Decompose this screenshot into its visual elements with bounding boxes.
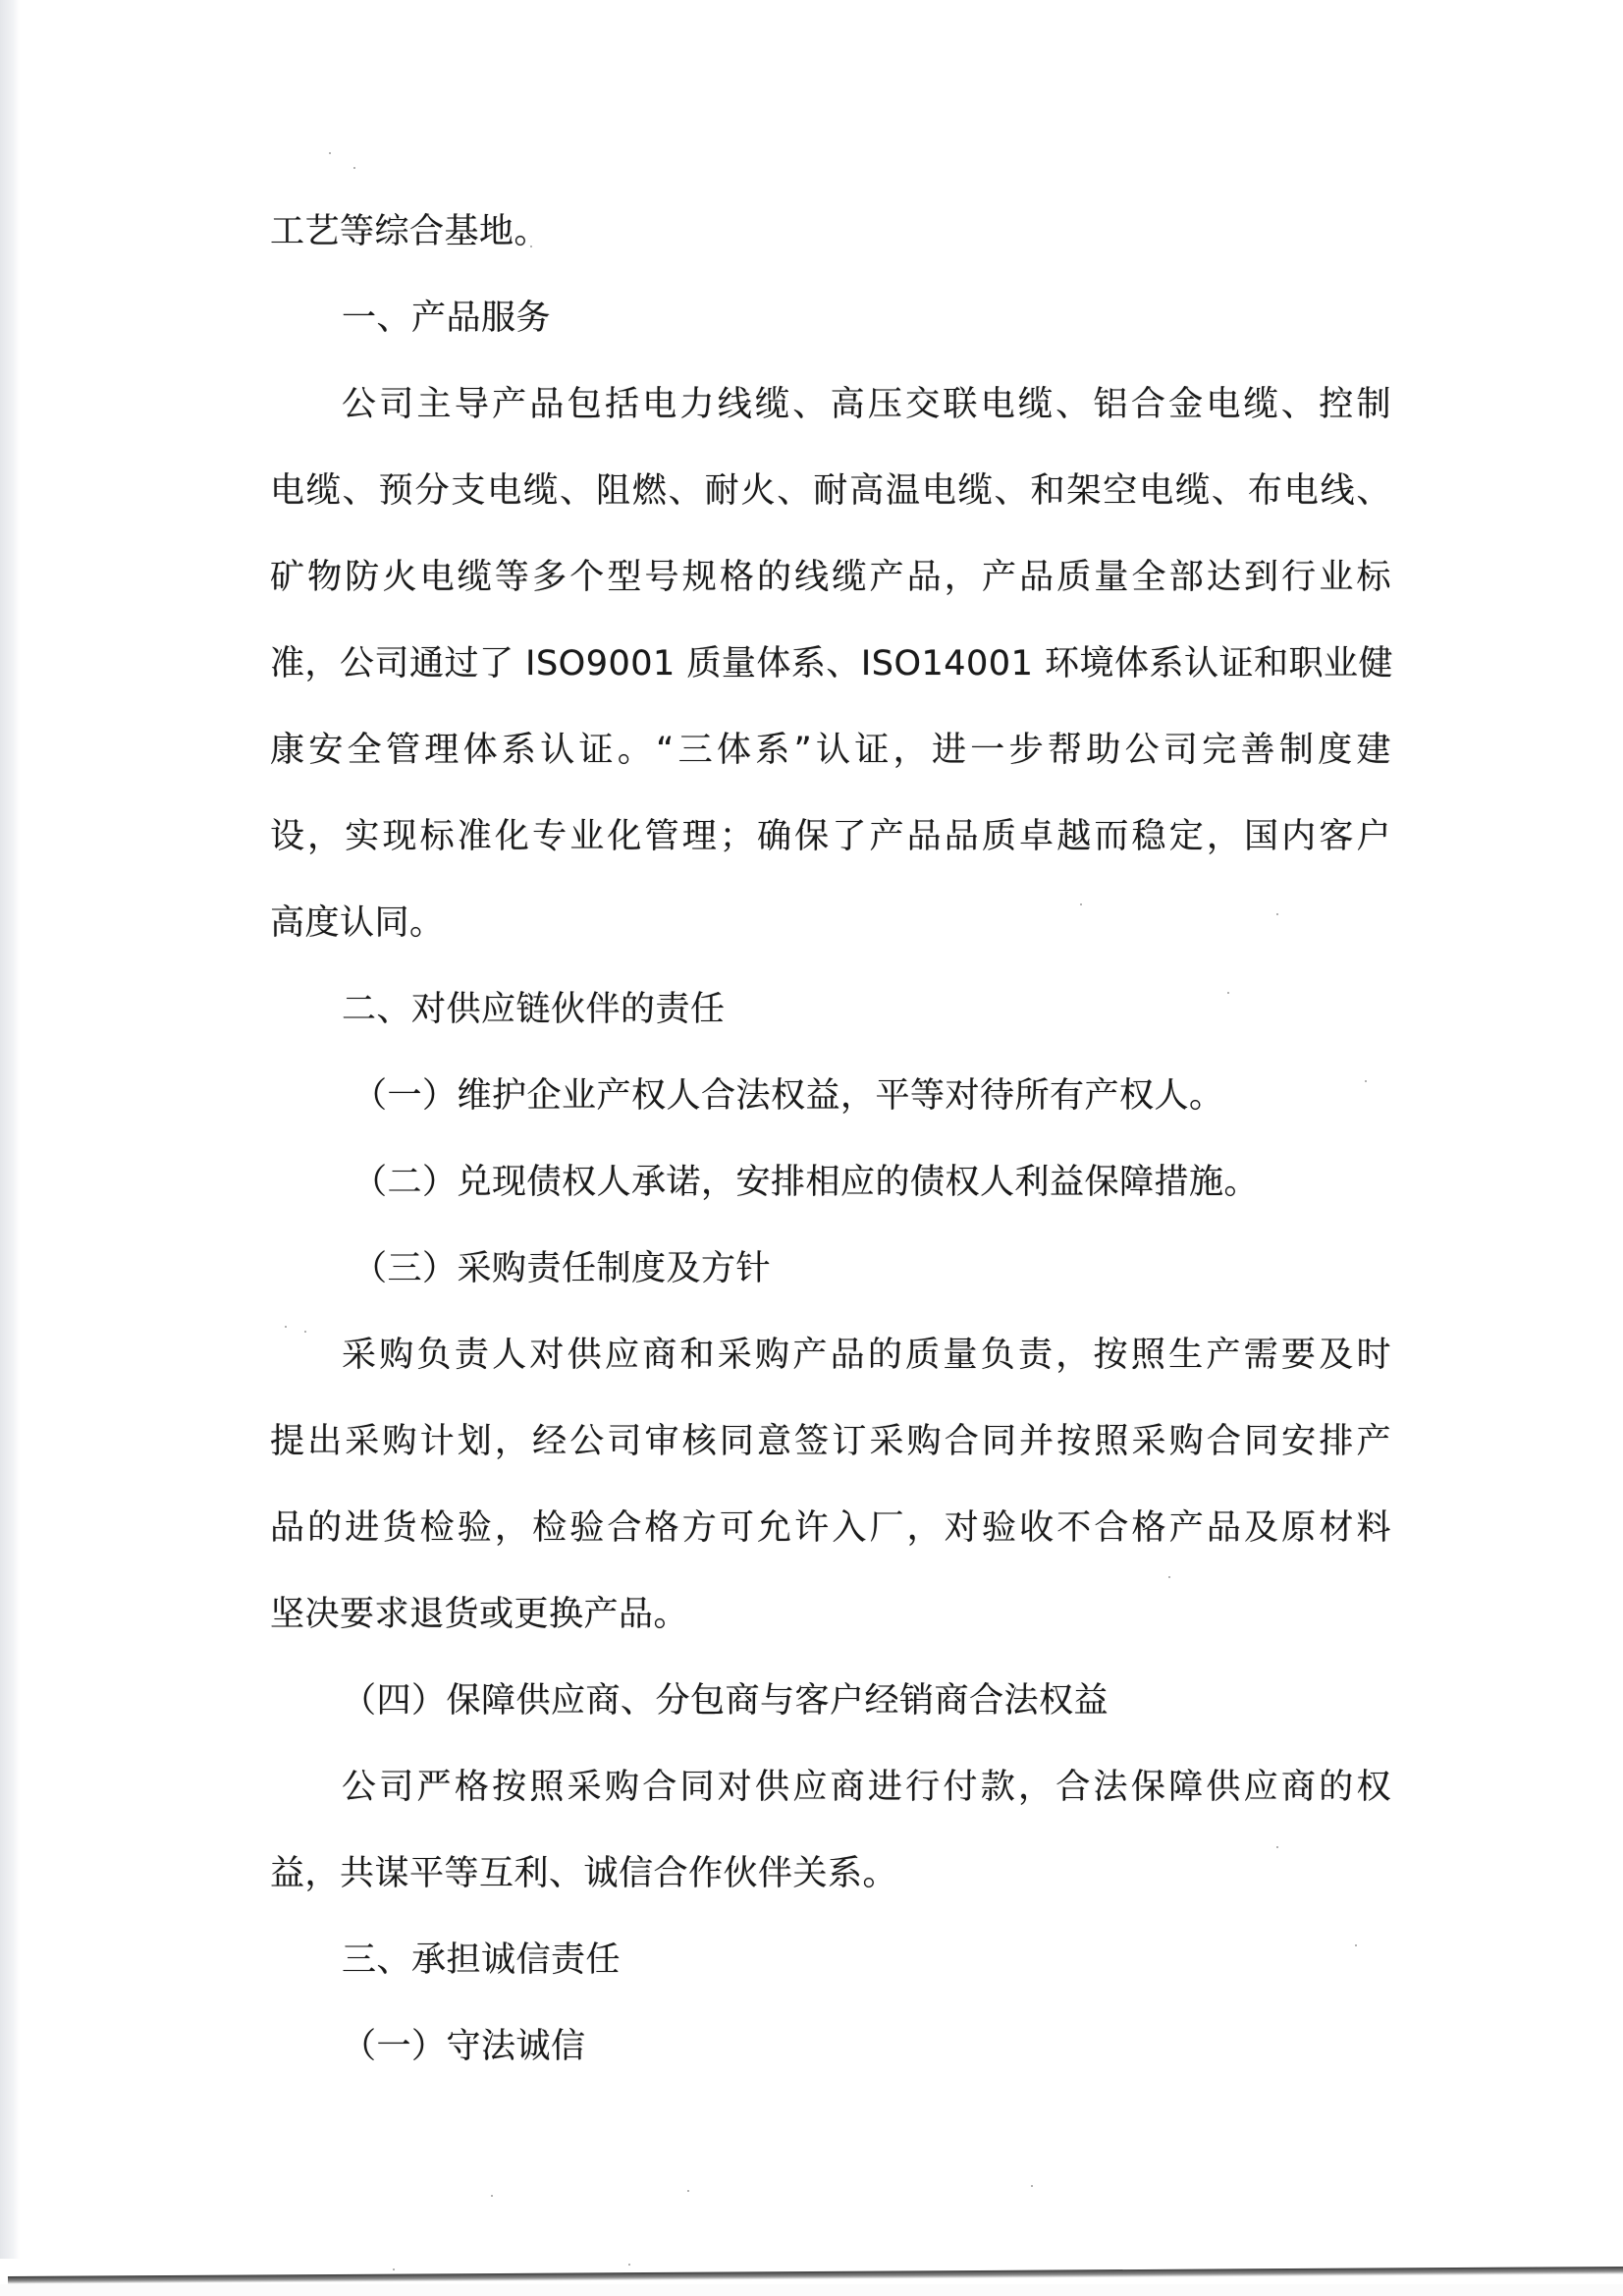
section-heading-supply-chain: 二、对供应链伙伴的责任 xyxy=(270,966,1391,1053)
paragraph-line: 益，共谋平等互利、诚信合作伙伴关系。 xyxy=(270,1831,1391,1917)
scan-bottom-edge xyxy=(8,2267,1623,2284)
paragraph-line: 提出采购计划，经公司审核同意签订采购合同并按照采购合同安排产 xyxy=(270,1398,1391,1485)
paragraph-line: 公司主导产品包括电力线缆、高压交联电缆、铝合金电缆、控制 xyxy=(270,361,1391,448)
paragraph-line: 品的进货检验，检验合格方可允许入厂，对验收不合格产品及原材料 xyxy=(270,1485,1391,1571)
scan-edge-shadow xyxy=(0,0,20,2259)
subsection-heading: （二）兑现债权人承诺，安排相应的债权人利益保障措施。 xyxy=(270,1139,1391,1226)
paragraph-line: 采购负责人对供应商和采购产品的质量负责，按照生产需要及时 xyxy=(270,1312,1391,1398)
document-page: 工艺等综合基地。 一、产品服务 公司主导产品包括电力线缆、高压交联电缆、铝合金电… xyxy=(270,189,1391,2090)
paragraph-line: 高度认同。 xyxy=(270,880,1391,966)
scan-background xyxy=(0,2284,1623,2296)
section-heading-product-service: 一、产品服务 xyxy=(270,275,1391,361)
paragraph-line: 康安全管理体系认证。“三体系”认证，进一步帮助公司完善制度建 xyxy=(270,707,1391,793)
paragraph-line: 设，实现标准化专业化管理；确保了产品品质卓越而稳定，国内客户 xyxy=(270,793,1391,880)
paragraph-line: 矿物防火电缆等多个型号规格的线缆产品，产品质量全部达到行业标 xyxy=(270,534,1391,621)
paragraph-line: 公司严格按照采购合同对供应商进行付款，合法保障供应商的权 xyxy=(270,1744,1391,1831)
section-heading-integrity: 三、承担诚信责任 xyxy=(270,1917,1391,2003)
subsection-heading-supplier-rights: （四）保障供应商、分包商与客户经销商合法权益 xyxy=(270,1658,1391,1744)
subsection-heading: （一）维护企业产权人合法权益，平等对待所有产权人。 xyxy=(270,1053,1391,1139)
paragraph-line: 坚决要求退货或更换产品。 xyxy=(270,1571,1391,1658)
subsection-heading-procurement: （三）采购责任制度及方针 xyxy=(270,1226,1391,1312)
paragraph-line: 电缆、预分支电缆、阻燃、耐火、耐高温电缆、和架空电缆、布电线、 xyxy=(270,448,1391,534)
paragraph-continuation-line: 工艺等综合基地。 xyxy=(270,189,1391,275)
paragraph-line: 准，公司通过了 ISO9001 质量体系、ISO14001 环境体系认证和职业健 xyxy=(270,621,1391,707)
subsection-heading-law-integrity: （一）守法诚信 xyxy=(270,2003,1391,2090)
